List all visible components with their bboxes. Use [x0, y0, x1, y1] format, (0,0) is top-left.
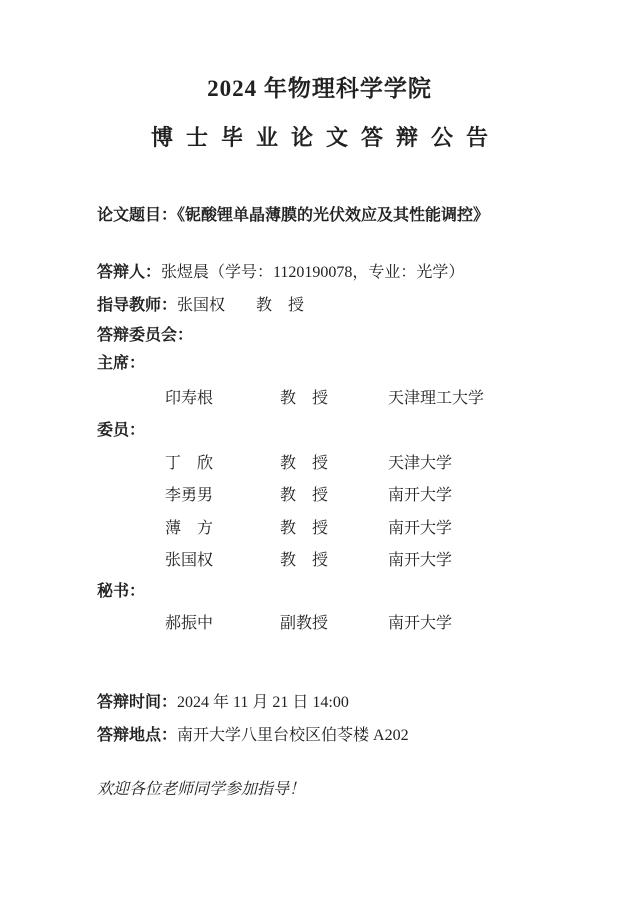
- document-body: 论文题目：《铌酸锂单晶薄膜的光伏效应及其性能调控》 答辩人：张煜晨（学号：112…: [97, 205, 584, 801]
- welcome-message: 欢迎各位老师同学参加指导！: [97, 779, 584, 801]
- candidate-label: 答辩人：: [97, 264, 161, 281]
- secretary-affiliation: 南开大学: [388, 613, 584, 635]
- secretary-name: 郝振中: [165, 613, 280, 635]
- member-title: 教 授: [280, 518, 388, 540]
- chair-row: 印寿根 教 授 天津理工大学: [97, 388, 584, 410]
- member-affiliation: 南开大学: [388, 485, 584, 507]
- chair-affiliation: 天津理工大学: [388, 388, 584, 410]
- defense-time-value: 2024 年 11 月 21 日 14:00: [177, 694, 349, 711]
- defense-time-label: 答辩时间：: [97, 694, 177, 711]
- secretary-row: 郝振中 副教授 南开大学: [97, 613, 584, 635]
- thesis-title-label: 论文题目：: [97, 207, 177, 224]
- member-row: 丁 欣 教 授 天津大学: [97, 453, 584, 475]
- thesis-title-line: 论文题目：《铌酸锂单晶薄膜的光伏效应及其性能调控》: [97, 205, 584, 227]
- member-title: 教 授: [280, 453, 388, 475]
- committee-section-label: 答辩委员会：: [97, 325, 584, 347]
- member-row: 薄 方 教 授 南开大学: [97, 518, 584, 540]
- supervisor-name: 张国权: [177, 297, 225, 314]
- supervisor-title: 教 授: [256, 297, 304, 314]
- secretary-title: 副教授: [280, 613, 388, 635]
- chair-name: 印寿根: [165, 388, 280, 410]
- supervisor-label: 指导教师：: [97, 297, 177, 314]
- members-section-label: 委员：: [97, 420, 584, 442]
- candidate-value: 张煜晨（学号：1120190078，专业：光学）: [161, 264, 464, 281]
- defense-location-value: 南开大学八里台校区伯苓楼 A202: [177, 727, 409, 744]
- member-affiliation: 南开大学: [388, 518, 584, 540]
- member-title: 教 授: [280, 485, 388, 507]
- chair-section-label: 主席：: [97, 353, 584, 375]
- member-title: 教 授: [280, 550, 388, 572]
- defense-time-line: 答辩时间：2024 年 11 月 21 日 14:00: [97, 692, 584, 714]
- chair-title: 教 授: [280, 388, 388, 410]
- candidate-line: 答辩人：张煜晨（学号：1120190078，专业：光学）: [97, 262, 584, 284]
- thesis-title-value: 《铌酸锂单晶薄膜的光伏效应及其性能调控》: [177, 207, 489, 224]
- member-affiliation: 天津大学: [388, 453, 584, 475]
- announcement-document: 2024 年物理科学学院 博士毕业论文答辩公告 论文题目：《铌酸锂单晶薄膜的光伏…: [0, 0, 639, 904]
- member-row: 李勇男 教 授 南开大学: [97, 485, 584, 507]
- member-name: 丁 欣: [165, 453, 280, 475]
- member-name: 薄 方: [165, 518, 280, 540]
- supervisor-line: 指导教师：张国权教 授: [97, 295, 584, 317]
- document-title-announcement: 博士毕业论文答辩公告: [0, 122, 639, 154]
- member-affiliation: 南开大学: [388, 550, 584, 572]
- member-row: 张国权 教 授 南开大学: [97, 550, 584, 572]
- document-title-year-school: 2024 年物理科学学院: [0, 74, 639, 104]
- defense-location-line: 答辩地点：南开大学八里台校区伯苓楼 A202: [97, 725, 584, 747]
- member-name: 张国权: [165, 550, 280, 572]
- secretary-section-label: 秘书：: [97, 581, 584, 603]
- defense-location-label: 答辩地点：: [97, 727, 177, 744]
- member-name: 李勇男: [165, 485, 280, 507]
